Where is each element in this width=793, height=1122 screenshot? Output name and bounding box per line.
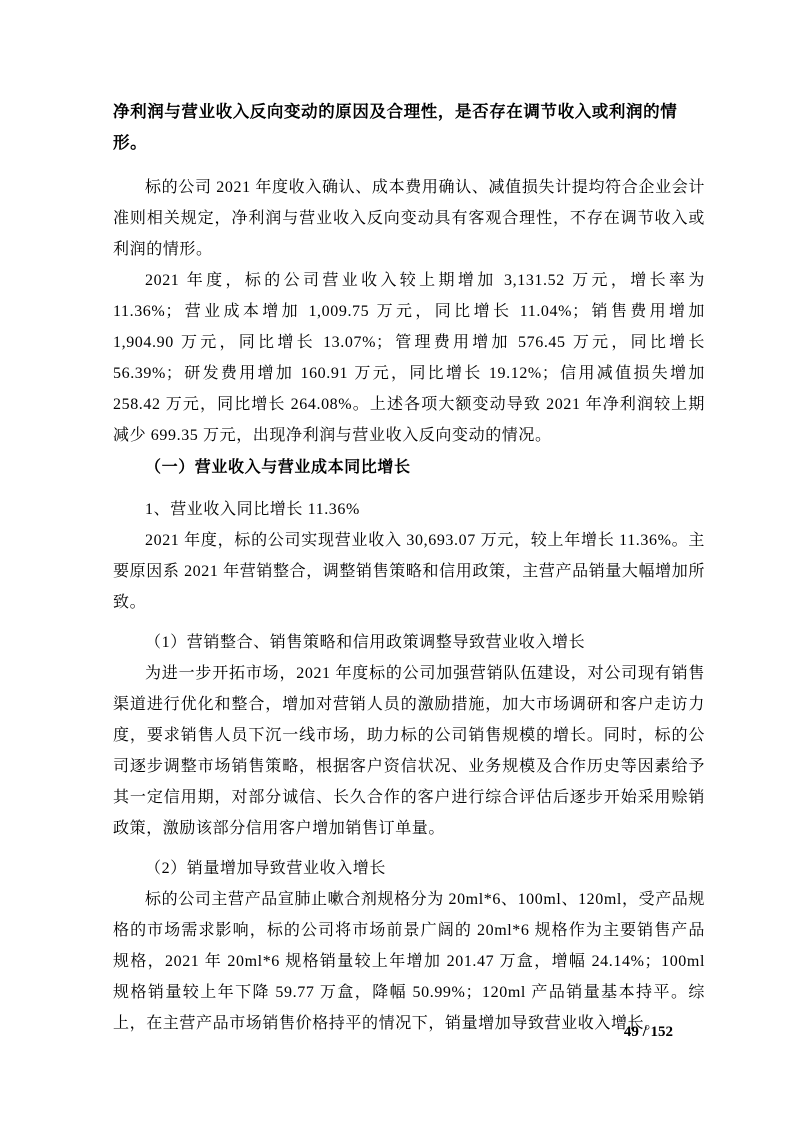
- document-title: 净利润与营业收入反向变动的原因及合理性，是否存在调节收入或利润的情形。: [113, 96, 705, 158]
- subsection-heading: （1）营销整合、销售策略和信用政策调整导致营业收入增长: [113, 627, 705, 658]
- document-body: 净利润与营业收入反向变动的原因及合理性，是否存在调节收入或利润的情形。 标的公司…: [113, 96, 705, 1039]
- paragraph: 标的公司 2021 年度收入确认、成本费用确认、减值损失计提均符合企业会计准则相…: [113, 172, 705, 265]
- page-number: 49 / 152: [624, 1022, 673, 1042]
- subsection-heading: （2）销量增加导致营业收入增长: [113, 853, 705, 884]
- section-heading: （一）营业收入与营业成本同比增长: [113, 452, 705, 483]
- paragraph: 2021 年度，标的公司营业收入较上期增加 3,131.52 万元，增长率为 1…: [113, 265, 705, 451]
- paragraph: 2021 年度，标的公司实现营业收入 30,693.07 万元，较上年增长 11…: [113, 525, 705, 618]
- paragraph: 标的公司主营产品宣肺止嗽合剂规格分为 20ml*6、100ml、120ml，受产…: [113, 884, 705, 1039]
- paragraph: 为进一步开拓市场，2021 年度标的公司加强营销队伍建设，对公司现有销售渠道进行…: [113, 658, 705, 844]
- subsection-heading: 1、营业收入同比增长 11.36%: [113, 494, 705, 525]
- document-page: 净利润与营业收入反向变动的原因及合理性，是否存在调节收入或利润的情形。 标的公司…: [0, 0, 793, 1122]
